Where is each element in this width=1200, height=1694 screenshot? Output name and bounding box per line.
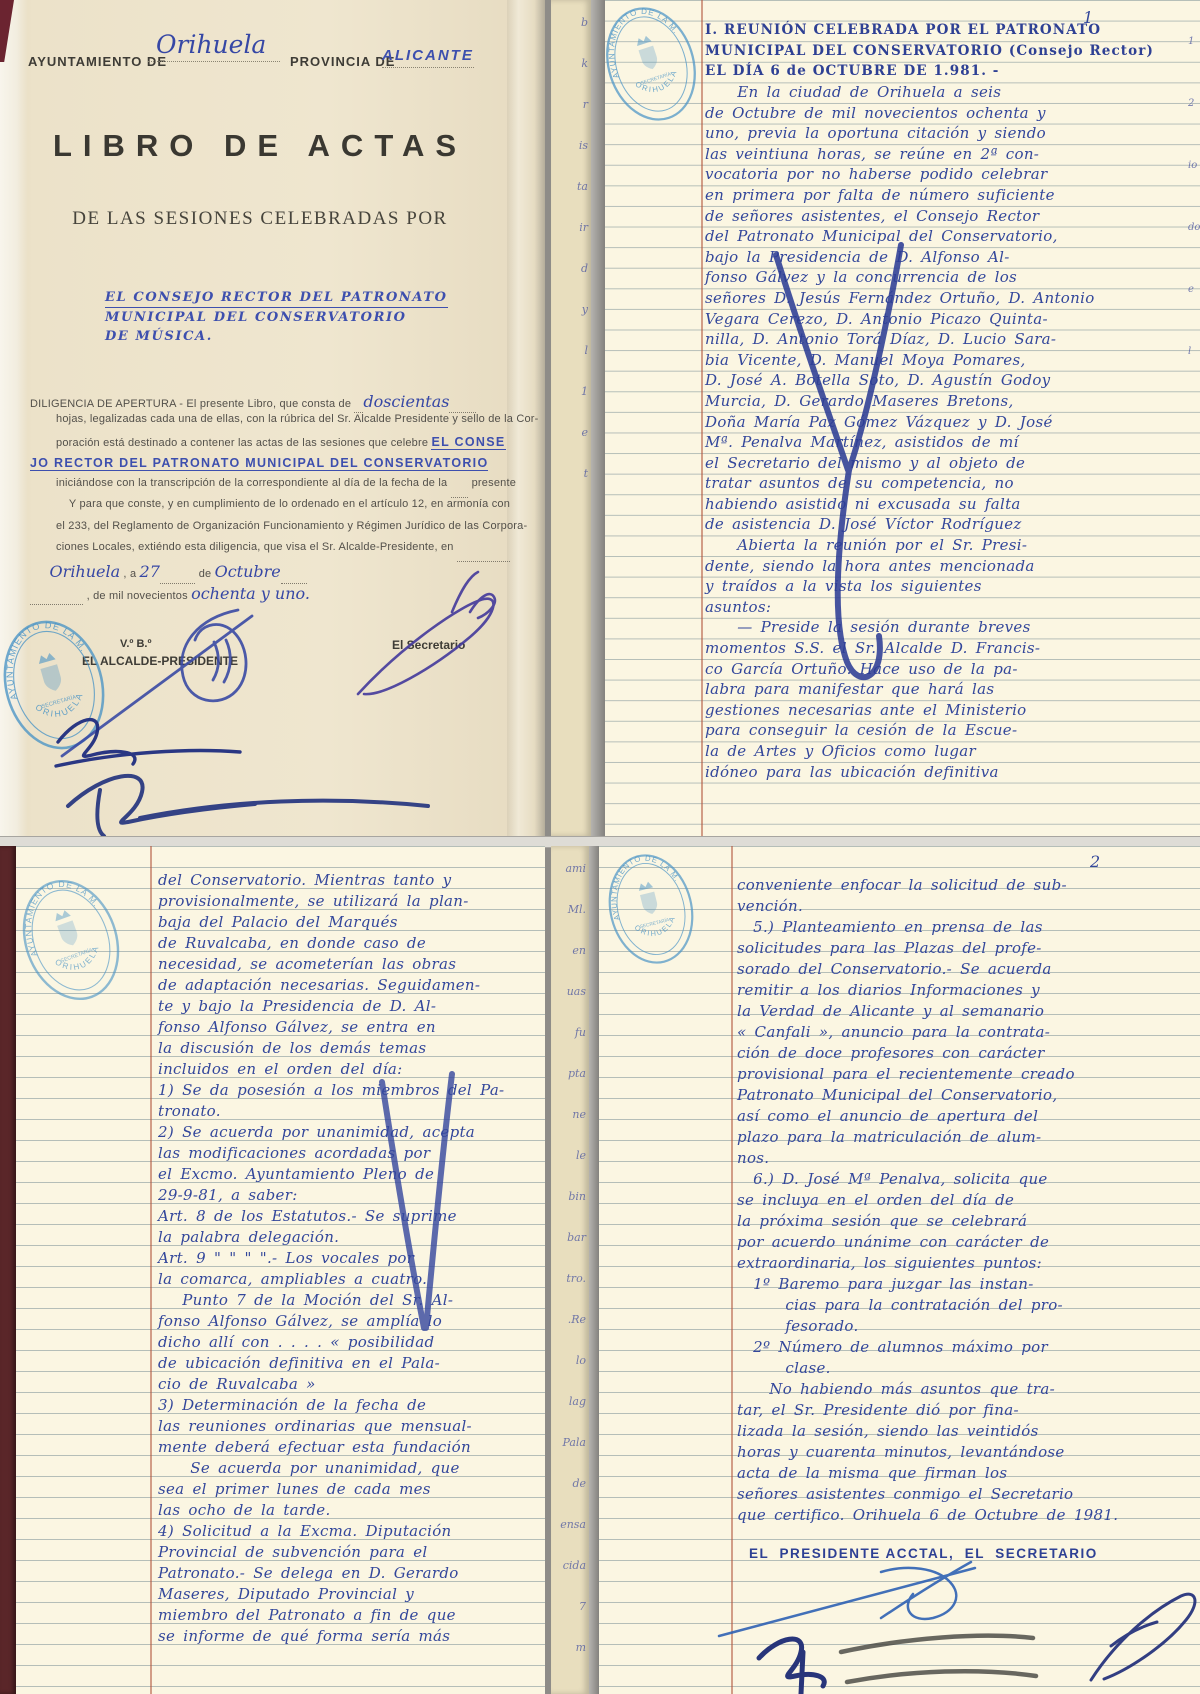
handwritten-line: 4) Solicitud a la Excma. Diputación — [158, 1521, 545, 1542]
bleed-fragment: l — [577, 344, 588, 385]
closing-signature-line: EL PRESIDENTE ACCTAL, EL SECRETARIO — [749, 1546, 1098, 1561]
handwritten-line: la Verdad de Alicante y al semanario — [737, 1001, 1192, 1022]
municipal-stamp: AYUNTAMIENTO DE LA M. ORIHUELA SECRETARÍ… — [605, 0, 714, 137]
scanned-document-grid: AYUNTAMIENTO DE Orihuela PROVINCIA DE AL… — [0, 0, 1200, 1694]
handwritten-line: fonso Alfonso Gálvez, se amplía lo — [158, 1311, 545, 1332]
margin-rule — [701, 0, 703, 836]
handwritten-line: gestiones necesarias ante el Ministerio — [705, 700, 1197, 721]
bleed-fragment: 1 — [577, 385, 588, 426]
page-number: 2 — [1090, 852, 1100, 871]
handwritten-line: fonso Alfonso Gálvez, se entra en — [158, 1017, 545, 1038]
bleed-fragment: 7 — [560, 1600, 586, 1641]
page-subtitle: DE LAS SESIONES CELEBRADAS POR — [0, 208, 520, 230]
margin-rule — [150, 846, 152, 1694]
ayuntamiento-value: Orihuela — [148, 30, 280, 62]
diligencia-line: , de mil novecientos ochenta y uno. — [30, 584, 516, 605]
text-segment: Y para que conste, y en cumplimiento de … — [30, 498, 510, 510]
svg-text:AYUNTAMIENTO DE LA M.: AYUNTAMIENTO DE LA M. — [16, 867, 111, 959]
text-segment — [160, 562, 196, 583]
handwritten-line: nilla, D. Antonio Torá Díaz, D. Lucio Sa… — [705, 329, 1197, 350]
handwritten-line: así como el anuncio de apertura del — [737, 1106, 1192, 1127]
secretario-label: El Secretario — [392, 638, 465, 652]
handwritten-line: Maseres, Diputado Provincial y — [158, 1584, 545, 1605]
diligencia-line: hojas, legalizadas cada una de ellas, co… — [30, 413, 516, 434]
bleed-fragment: ami — [560, 862, 586, 903]
bleed-fragment: Ml. — [560, 903, 586, 944]
handwritten-line: provisionalmente, se utilizará la plan- — [158, 891, 545, 912]
bleed-fragment: y — [577, 303, 588, 344]
handwritten-line: dente, siendo la hora antes mencionada — [705, 556, 1197, 577]
page-title: LIBRO DE ACTAS — [0, 128, 520, 164]
handwritten-line: D. José A. Botella Soto, D. Agustín Godo… — [705, 370, 1197, 391]
handwritten-line: ción de doce profesores con carácter — [737, 1043, 1192, 1064]
handwritten-line: EL CONSEJO RECTOR DEL PATRONATO — [105, 288, 448, 308]
handwritten-line: habiendo asistido ni excusada su falta — [705, 494, 1197, 515]
handwritten-line: tar, el Sr. Presidente dió por fina- — [737, 1400, 1192, 1421]
handwritten-line: tratar asuntos de su competencia, no — [705, 473, 1197, 494]
text-segment — [457, 541, 510, 562]
bleed-fragment: Pala — [560, 1436, 586, 1477]
handwritten-line: 1) Se da posesión a los miembros del Pa- — [158, 1080, 545, 1101]
lined-sheet: AYUNTAMIENTO DE LA M. ORIHUELA SECRETARÍ… — [16, 846, 545, 1694]
handwritten-line: la de Artes y Oficios como lugar — [705, 741, 1197, 762]
bleed-fragment: lag — [560, 1395, 586, 1436]
handwritten-line: la discusión de los demás temas — [158, 1038, 545, 1059]
provincia-value: ALICANTE — [382, 47, 474, 68]
facing-page-edge: bkristairdyl1et — [551, 0, 591, 836]
bleed-fragment: l — [1188, 346, 1200, 408]
diligencia-line: Orihuela , a 27 de Octubre — [30, 562, 516, 583]
handwritten-line: de señores asistentes, el Consejo Rector — [705, 206, 1197, 227]
acta-body-text: del Conservatorio. Mientras tanto yprovi… — [158, 870, 545, 1647]
svg-text:AYUNTAMIENTO DE LA M.: AYUNTAMIENTO DE LA M. — [599, 846, 688, 921]
handwritten-line: 2º Número de alumnos máximo por — [737, 1337, 1192, 1358]
alcalde-presidente-label: EL ALCALDE-PRESIDENTE — [82, 654, 238, 668]
handwritten-line: baja del Palacio del Marqués — [158, 912, 545, 933]
bleed-fragment: .Re — [560, 1313, 586, 1354]
bleed-text-fragments: bkristairdyl1et — [577, 16, 588, 508]
text-segment: DILIGENCIA DE APERTURA - El presente Lib… — [30, 398, 354, 410]
handwritten-line: para conseguir la cesión de la Escue- — [705, 720, 1197, 741]
handwritten-line: idóneo para las ubicación definitiva — [705, 762, 1197, 783]
diligencia-line: el 233, del Reglamento de Organización F… — [30, 520, 516, 541]
handwritten-line: el Excmo. Ayuntamiento Pleno de — [158, 1164, 545, 1185]
handwritten-line: de Octubre de mil novecientos ochenta y — [705, 103, 1197, 124]
handwritten-line: conveniente enfocar la solicitud de sub- — [737, 875, 1192, 896]
ayuntamiento-label: AYUNTAMIENTO DE — [28, 54, 167, 69]
handwritten-line: que certifico. Orihuela 6 de Octubre de … — [737, 1505, 1192, 1526]
handwritten-line: nos. — [737, 1148, 1192, 1169]
municipal-stamp: AYUNTAMIENTO DE LA M. ORIHUELA SECRETARÍ… — [16, 861, 140, 1019]
bleed-fragment: 2 — [1188, 98, 1200, 160]
text-segment — [30, 568, 50, 580]
diligencia-line: JO RECTOR DEL PATRONATO MUNICIPAL DEL CO… — [30, 456, 516, 477]
acta-body-text: conveniente enfocar la solicitud de sub-… — [737, 875, 1192, 1526]
bottom-signature — [68, 776, 428, 836]
bleed-fragment: t — [577, 467, 588, 508]
handwritten-line: vención. — [737, 896, 1192, 917]
diligencia-line: DILIGENCIA DE APERTURA - El presente Lib… — [30, 392, 516, 413]
text-segment — [449, 392, 476, 413]
handwritten-line: MUNICIPAL DEL CONSERVATORIO — [105, 308, 448, 327]
bleed-fragment: ne — [560, 1108, 586, 1149]
handwritten-line: cias para la contratación del pro- — [737, 1295, 1192, 1316]
handwritten-line: y traídos a la vista los siguientes — [705, 576, 1197, 597]
bleed-fragment: ensa — [560, 1518, 586, 1559]
bleed-fragment: m — [560, 1641, 586, 1682]
bleed-fragment: bin — [560, 1190, 586, 1231]
bleed-fragment: d — [577, 262, 588, 303]
handwritten-line: labra para manifestar que hará las — [705, 679, 1197, 700]
svg-text:ORIHUELA: ORIHUELA — [32, 688, 90, 725]
cover-page: AYUNTAMIENTO DE Orihuela PROVINCIA DE AL… — [0, 0, 545, 836]
facing-page-edge: amiMl.enuasfuptanelebinbartro..RelolagPa… — [551, 846, 589, 1694]
diligencia-line: poración está destinado a contener las a… — [30, 435, 516, 456]
page-gutter — [589, 846, 599, 1694]
bleed-fragment: ir — [577, 221, 588, 262]
handwritten-line: bia Vicente, D. Manuel Moya Pomares, — [705, 350, 1197, 371]
handwritten-line: DE MÚSICA. — [105, 327, 448, 346]
handwritten-line: la palabra delegación. — [158, 1227, 545, 1248]
handwritten-line: Art. 9 " " " ".- Los vocales por — [158, 1248, 545, 1269]
bleed-fragment: is — [577, 139, 588, 180]
handwritten-line: asuntos: — [705, 597, 1197, 618]
acta-body-text: En la ciudad de Orihuela a seisde Octubr… — [705, 82, 1197, 782]
text-segment — [354, 392, 363, 413]
svg-text:ORIHUELA: ORIHUELA — [51, 941, 106, 979]
bleed-fragment: e — [1188, 284, 1200, 346]
handwritten-line: por acuerdo unánime con carácter de — [737, 1232, 1192, 1253]
handwritten-line: 2) Se acuerda por unanimidad, acepta — [158, 1122, 545, 1143]
diligencia-line: ciones Locales, extiéndo esta diligencia… — [30, 541, 516, 562]
text-segment: poración está destinado a contener las a… — [30, 437, 431, 449]
svg-text:ORIHUELA: ORIHUELA — [631, 912, 681, 943]
text-segment: 27 — [140, 562, 160, 581]
text-segment: JO RECTOR DEL PATRONATO MUNICIPAL DEL CO… — [30, 456, 488, 471]
text-segment: ochenta y uno. — [191, 584, 310, 603]
handwritten-line: remitir a los diarios Informaciones y — [737, 980, 1192, 1001]
acta-page-1: bkristairdyl1et AYUNTAMIENTO DE LA M. — [551, 0, 1200, 836]
bleed-fragment: en — [560, 944, 586, 985]
bleed-fragment: lo — [560, 1354, 586, 1395]
handwritten-line: vocatoria por no haberse podido celebrar — [705, 164, 1197, 185]
bleed-fragment: uas — [560, 985, 586, 1026]
handwritten-line: fesorado. — [737, 1316, 1192, 1337]
bleed-fragment: bar — [560, 1231, 586, 1272]
handwritten-line: acta de la misma que firman los — [737, 1463, 1192, 1484]
text-segment: , a — [120, 568, 139, 580]
text-segment — [281, 562, 308, 583]
text-segment: , de mil novecientos — [83, 590, 191, 602]
provincia-label: PROVINCIA DE — [290, 54, 395, 69]
bleed-fragment: ta — [577, 180, 588, 221]
diligencia-line: iniciándose con la transcripción de la c… — [30, 477, 516, 498]
handwritten-line: en primera por falta de número suficient… — [705, 185, 1197, 206]
handwritten-line: miembro del Patronato a fin de que — [158, 1605, 545, 1626]
handwritten-line: sea el primer lunes de cada mes — [158, 1479, 545, 1500]
handwritten-line: señores D. Jesús Fernández Ortuño, D. An… — [705, 288, 1197, 309]
svg-text:SECRETARÍA: SECRETARÍA — [639, 916, 671, 930]
handwritten-line: de asistencia D. José Víctor Rodríguez — [705, 514, 1197, 535]
text-segment: hojas, legalizadas cada una de ellas, co… — [30, 413, 539, 425]
bleed-fragment: 1 — [1188, 36, 1200, 98]
handwritten-line: 6.) D. José Mª Penalva, solicita que — [737, 1169, 1192, 1190]
page-gutter — [591, 0, 605, 836]
handwritten-line: momentos S.S. el Sr. Alcalde D. Francis- — [705, 638, 1197, 659]
lined-sheet: AYUNTAMIENTO DE LA M. ORIHUELA SECRETARÍ… — [599, 846, 1200, 1694]
bleed-fragment: le — [560, 1149, 586, 1190]
text-segment: presente — [468, 477, 516, 489]
handwritten-line: fonso Gálvez y la concurrencia de los — [705, 267, 1197, 288]
bleed-text-fragments: amiMl.enuasfuptanelebinbartro..RelolagPa… — [560, 862, 586, 1682]
handwritten-line: las modificaciones acordadas por — [158, 1143, 545, 1164]
text-segment: EL CONSE — [431, 435, 505, 450]
handwritten-line: Art. 8 de los Estatutos.- Se suprime — [158, 1206, 545, 1227]
handwritten-line: el Secretario del mismo y al objeto de — [705, 453, 1197, 474]
acta-page-2: amiMl.enuasfuptanelebinbartro..RelolagPa… — [551, 846, 1200, 1694]
text-segment: el 233, del Reglamento de Organización F… — [30, 520, 527, 532]
handwritten-line: cio de Ruvalcaba » — [158, 1374, 545, 1395]
handwritten-line: de Ruvalcaba, en donde caso de — [158, 933, 545, 954]
handwritten-line: se incluya en el orden del día de — [737, 1190, 1192, 1211]
bleed-fragment: pta — [560, 1067, 586, 1108]
text-segment — [30, 584, 83, 605]
handwritten-line: de adaptación necesarias. Seguidamen- — [158, 975, 545, 996]
text-segment — [451, 477, 469, 498]
handwritten-line: señores asistentes conmigo el Secretario — [737, 1484, 1192, 1505]
handwritten-line: del Patronato Municipal del Conservatori… — [705, 226, 1197, 247]
handwritten-line: las reuniones ordinarias que mensual- — [158, 1416, 545, 1437]
bleed-fragment: e — [577, 426, 588, 467]
svg-text:SECRETARÍA: SECRETARÍA — [60, 946, 94, 964]
svg-text:AYUNTAMIENTO DE LA M.: AYUNTAMIENTO DE LA M. — [605, 0, 689, 80]
svg-text:ORIHUELA: ORIHUELA — [632, 66, 684, 101]
text-segment: Orihuela — [50, 562, 121, 581]
text-segment: Octubre — [215, 562, 281, 581]
text-segment: iniciándose con la transcripción de la c… — [30, 477, 451, 489]
handwritten-line: I. REUNIÓN CELEBRADA POR EL PATRONATO — [705, 20, 1154, 41]
cover-header: AYUNTAMIENTO DE Orihuela PROVINCIA DE AL… — [0, 42, 545, 92]
diligencia-line: Y para que conste, y en cumplimiento de … — [30, 498, 516, 519]
book-cover-edge — [0, 846, 16, 1694]
bleed-fragment: tro. — [560, 1272, 586, 1313]
text-segment: ciones Locales, extiéndo esta diligencia… — [30, 541, 457, 553]
handwritten-line: horas y cuarenta minutos, levantándose — [737, 1442, 1192, 1463]
handwritten-line: 5.) Planteamiento en prensa de las — [737, 917, 1192, 938]
acta-heading: I. REUNIÓN CELEBRADA POR EL PATRONATOMUN… — [705, 20, 1154, 82]
text-segment: doscientas — [363, 392, 449, 411]
handwritten-line: 29-9-81, a saber: — [158, 1185, 545, 1206]
bleed-fragment: fu — [560, 1026, 586, 1067]
text-segment: de — [195, 568, 214, 580]
handwritten-line: 1º Baremo para juzgar las instan- — [737, 1274, 1192, 1295]
handwritten-line: te y bajo la Presidencia de D. Al- — [158, 996, 545, 1017]
bleed-fragment: r — [577, 98, 588, 139]
bleed-fragment: de — [560, 1477, 586, 1518]
handwritten-line: Punto 7 de la Moción del Sr. Al- — [158, 1290, 545, 1311]
handwritten-line: necesidad, se acometerían las obras — [158, 954, 545, 975]
handwritten-line: Patronato Municipal del Conservatorio, — [737, 1085, 1192, 1106]
handwritten-line: las veintiuna horas, se reúne en 2ª con- — [705, 144, 1197, 165]
handwritten-line: — Preside la sesión durante breves — [705, 617, 1197, 638]
handwritten-line: Murcia, D. Gerardo Maseres Bretons, — [705, 391, 1197, 412]
diligencia-de-apertura: DILIGENCIA DE APERTURA - El presente Lib… — [30, 392, 516, 605]
bleed-fragment: cida — [560, 1559, 586, 1600]
handwritten-line: co García Ortuño. Hace uso de la pa- — [705, 659, 1197, 680]
handwritten-line: sorado del Conservatorio.- Se acuerda — [737, 959, 1192, 980]
handwritten-line: Doña María Paz Gómez Vázquez y D. José — [705, 412, 1197, 433]
handwritten-line: se informe de qué forma sería más — [158, 1626, 545, 1647]
handwritten-line: En la ciudad de Orihuela a seis — [705, 82, 1197, 103]
municipal-stamp: AYUNTAMIENTO DE LA M. ORIHUELA SECRETARÍ… — [599, 846, 708, 977]
handwritten-line: Vegara Cerezo, D. Antonio Picazo Quinta- — [705, 309, 1197, 330]
handwritten-line: dicho allí con . . . . « posibilidad — [158, 1332, 545, 1353]
handwritten-line: MUNICIPAL DEL CONSERVATORIO (Consejo Rec… — [705, 41, 1154, 62]
handwritten-line: EL DÍA 6 de OCTUBRE DE 1.981. - — [705, 61, 1154, 82]
handwritten-line: solicitudes para las Plazas del profe- — [737, 938, 1192, 959]
handwritten-line: « Canfali », anuncio para la contrata- — [737, 1022, 1192, 1043]
handwritten-line: uno, previa la oportuna citación y siend… — [705, 123, 1197, 144]
handwritten-line: Se acuerda por unanimidad, que — [158, 1458, 545, 1479]
alcalde-rubric — [56, 720, 240, 766]
handwritten-line: plazo para la matriculación de alum- — [737, 1127, 1192, 1148]
margin-rule — [731, 846, 733, 1694]
handwritten-line: incluidos en el orden del día: — [158, 1059, 545, 1080]
page-edge — [0, 0, 28, 836]
handwritten-line: lizada la sesión, siendo las veintidós — [737, 1421, 1192, 1442]
handwritten-line: clase. — [737, 1358, 1192, 1379]
handwritten-line: No habiendo más asuntos que tra- — [737, 1379, 1192, 1400]
bleed-fragment: do — [1188, 222, 1200, 284]
handwritten-line: tronato. — [158, 1101, 545, 1122]
acta-page-1-verso: AYUNTAMIENTO DE LA M. ORIHUELA SECRETARÍ… — [0, 846, 545, 1694]
bleed-fragment: k — [577, 57, 588, 98]
handwritten-line: de ubicación definitiva en el Pala- — [158, 1353, 545, 1374]
handwritten-line: Mª. Penalva Martínez, asistidos de mí — [705, 432, 1197, 453]
bleed-fragment: b — [577, 16, 588, 57]
bleed-fragment: io — [1188, 160, 1200, 222]
handwritten-line: las ocho de la tarde. — [158, 1500, 545, 1521]
handwritten-line: la comarca, ampliables a cuatro. — [158, 1269, 545, 1290]
handwritten-line: mente deberá efectuar esta fundación — [158, 1437, 545, 1458]
svg-text:SECRETARÍA: SECRETARÍA — [41, 694, 77, 711]
organization-name: EL CONSEJO RECTOR DEL PATRONATOMUNICIPAL… — [105, 288, 448, 346]
handwritten-line: Patronato.- Se delega en D. Gerardo — [158, 1563, 545, 1584]
bleed-text-fragments: 12iodoel — [1188, 36, 1200, 408]
handwritten-line: bajo la Presidencia de D. Alfonso Al- — [705, 247, 1197, 268]
handwritten-line: provisional para el recientemente creado — [737, 1064, 1192, 1085]
handwritten-line: Abierta la reunión por el Sr. Presi- — [705, 535, 1197, 556]
handwritten-line: extraordinaria, los siguientes puntos: — [737, 1253, 1192, 1274]
lined-sheet: AYUNTAMIENTO DE LA M. ORIHUELA SECRETARÍ… — [605, 0, 1200, 836]
visto-bueno-label: V.º B.º — [120, 638, 151, 650]
handwritten-line: del Conservatorio. Mientras tanto y — [158, 870, 545, 891]
handwritten-line: la próxima sesión que se celebrará — [737, 1211, 1192, 1232]
handwritten-line: 3) Determinación de la fecha de — [158, 1395, 545, 1416]
handwritten-line: Provincial de subvención para el — [158, 1542, 545, 1563]
alcalde-signature — [62, 610, 252, 756]
svg-text:SECRETARÍA: SECRETARÍA — [640, 70, 673, 87]
